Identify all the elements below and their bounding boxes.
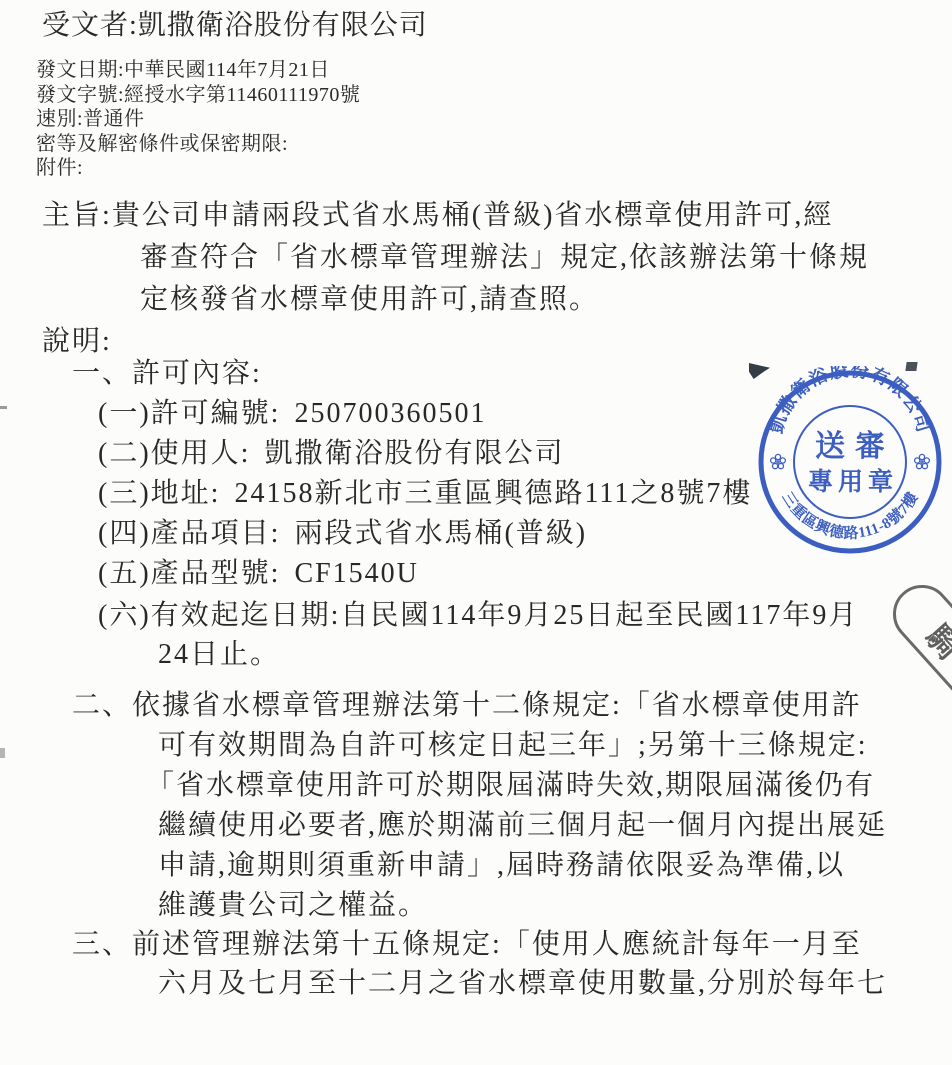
plum-blossom-icon bbox=[915, 454, 930, 468]
attachment-line: 附件: bbox=[36, 156, 360, 181]
validity-line-1: (六)有效起迄日期:自民國114年9月25日起至民國117年9月 bbox=[98, 600, 858, 631]
product-item-label: (四)產品項目: bbox=[98, 518, 280, 549]
item3-line-1: 三、前述管理辦法第十五條規定:「使用人應統計每年一月至 bbox=[72, 929, 862, 960]
address-value: 24158新北市三重區興德路111之8號7樓 bbox=[234, 478, 752, 509]
item2-line-6: 維護貴公司之權益。 bbox=[158, 890, 428, 921]
permit-number-label: (一)許可編號: bbox=[98, 398, 280, 429]
seal-ring-top-text: 凱撒衛浴股份有限公司 bbox=[765, 366, 934, 436]
model-number-row: (五)產品型號:CF1540U bbox=[98, 558, 419, 589]
issue-date-line: 發文日期:中華民國114年7月21日 bbox=[36, 58, 360, 83]
seal-center-line-2: 專用章 bbox=[808, 467, 898, 496]
address-row: (三)地址:24158新北市三重區興德路111之8號7樓 bbox=[98, 478, 752, 509]
speed-line: 速別:普通件 bbox=[36, 107, 360, 132]
doc-number-line: 發文字號:經授水字第11460111970號 bbox=[36, 83, 360, 108]
ink-artifact-mark bbox=[905, 362, 917, 371]
recipient-line: 受文者:凱撒衛浴股份有限公司 bbox=[42, 10, 428, 41]
product-item-row: (四)產品項目:兩段式省水馬桶(普級) bbox=[98, 518, 587, 549]
review-seal-stamp: 凱撒衛浴股份有限公司 三重區興德路111-8號7樓 送審 專用章 bbox=[754, 366, 946, 558]
item2-line-3: 「省水標章使用許可於期限屆滿時失效,期限屆滿後仍有 bbox=[146, 770, 875, 801]
meta-block: 發文日期:中華民國114年7月21日 發文字號:經授水字第11460111970… bbox=[36, 58, 360, 181]
licensee-row: (二)使用人:凱撒衛浴股份有限公司 bbox=[98, 438, 564, 469]
model-number-label: (五)產品型號: bbox=[98, 558, 280, 589]
subject-line-3: 定核發省水標章使用許可,請查照。 bbox=[140, 284, 599, 315]
item2-line-4: 繼續使用必要者,應於期滿前三個月起一個月內提出展延 bbox=[158, 810, 887, 841]
scan-speck bbox=[0, 406, 7, 409]
review-seal-graphic: 凱撒衛浴股份有限公司 三重區興德路111-8號7樓 送審 專用章 bbox=[754, 366, 946, 558]
scanned-official-letter: 受文者:凱撒衛浴股份有限公司 發文日期:中華民國114年7月21日 發文字號:經… bbox=[0, 0, 952, 1065]
product-item-value: 兩段式省水馬桶(普級) bbox=[294, 518, 587, 549]
secrecy-line: 密等及解密條件或保密期限: bbox=[36, 132, 360, 157]
subject-line-1: 主旨:貴公司申請兩段式省水馬桶(普級)省水標章使用許可,經 bbox=[42, 200, 833, 231]
subject-line-2: 審查符合「省水標章管理辦法」規定,依該辦法第十條規 bbox=[140, 242, 869, 273]
explanation-label: 說明: bbox=[42, 326, 112, 357]
item3-line-2: 六月及七月至十二月之省水標章使用數量,分別於每年七 bbox=[158, 968, 887, 999]
item2-line-1: 二、依據省水標章管理辦法第十二條規定:「省水標章使用許 bbox=[72, 690, 862, 721]
seam-seal-stamp: 騎縫 bbox=[881, 573, 952, 743]
model-number-value: CF1540U bbox=[294, 558, 418, 589]
scan-speck bbox=[0, 748, 5, 758]
permit-number-row: (一)許可編號:250700360501 bbox=[98, 398, 486, 429]
licensee-value: 凱撒衛浴股份有限公司 bbox=[264, 438, 564, 469]
permit-number-value: 250700360501 bbox=[294, 398, 486, 429]
item2-line-5: 申請,逾期則須重新申請」,屆時務請依限妥為準備,以 bbox=[158, 850, 845, 881]
address-label: (三)地址: bbox=[98, 478, 220, 509]
plum-blossom-icon bbox=[771, 454, 786, 468]
licensee-label: (二)使用人: bbox=[98, 438, 250, 469]
seal-center-line-1: 送審 bbox=[815, 430, 895, 463]
item2-line-2: 可有效期間為自許可核定日起三年」;另第十三條規定: bbox=[158, 730, 868, 761]
item1-header: 一、許可內容: bbox=[72, 358, 262, 389]
validity-line-2: 24日止。 bbox=[158, 639, 280, 670]
